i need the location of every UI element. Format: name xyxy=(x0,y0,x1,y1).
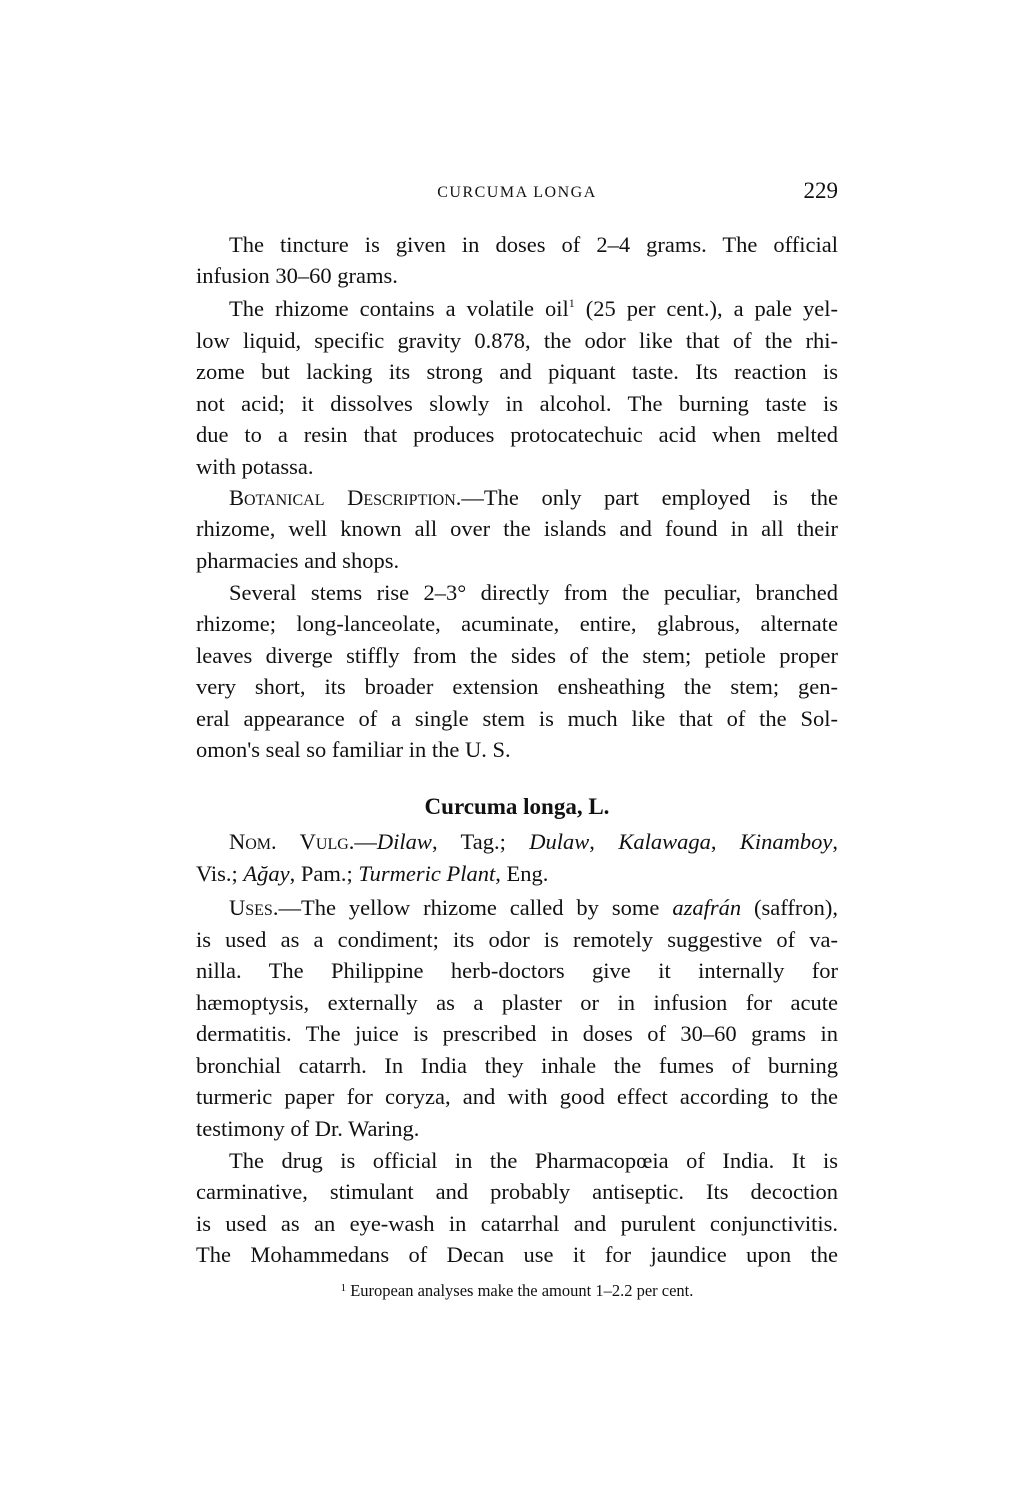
section-heading: Curcuma longa, L. xyxy=(196,792,838,822)
paragraph-line: Uses.—The yellow rhizome called by some … xyxy=(196,892,838,923)
paragraph-line: pharmacies and shops. xyxy=(196,545,838,576)
run-in-heading: Uses. xyxy=(229,895,278,920)
paragraph-line: Nom. Vulg.—Dilaw, Tag.; Dulaw, Kalawaga,… xyxy=(196,826,838,857)
paragraph-line: not acid; it dissolves slowly in alcohol… xyxy=(196,388,838,419)
paragraph-line: Several stems rise 2–3° directly from th… xyxy=(196,577,838,608)
paragraph-line: carminative, stimulant and probably anti… xyxy=(196,1176,838,1207)
paragraph-line: The tincture is given in doses of 2–4 gr… xyxy=(196,229,838,260)
paragraph-line: testimony of Dr. Waring. xyxy=(196,1113,838,1144)
running-title: CURCUMA LONGA xyxy=(196,184,838,202)
paragraph-line: low liquid, specific gravity 0.878, the … xyxy=(196,325,838,356)
paragraph-line: Vis.; Ağay, Pam.; Turmeric Plant, Eng. xyxy=(196,858,838,889)
paragraph-line: rhizome, well known all over the islands… xyxy=(196,513,838,544)
run-in-heading: Nom. Vulg. xyxy=(229,829,354,854)
paragraph-line: due to a resin that produces protocatech… xyxy=(196,419,838,450)
paragraph-line: omon's seal so familiar in the U. S. xyxy=(196,734,838,765)
paragraph-line: The drug is official in the Pharmacopœia… xyxy=(196,1145,838,1176)
paragraph-line: hæmoptysis, externally as a plaster or i… xyxy=(196,987,838,1018)
page-number: 229 xyxy=(804,178,839,204)
paragraph-line: infusion 30–60 grams. xyxy=(196,260,838,291)
paragraph-line: zome but lacking its strong and piquant … xyxy=(196,356,838,387)
paragraph-line: bronchial catarrh. In India they inhale … xyxy=(196,1050,838,1081)
paragraph-line: with potassa. xyxy=(196,451,838,482)
paragraph-line: dermatitis. The juice is prescribed in d… xyxy=(196,1018,838,1049)
paragraph-line: leaves diverge stiffly from the sides of… xyxy=(196,640,838,671)
run-in-heading: Botanical Description. xyxy=(229,485,461,510)
footnote: 1 European analyses make the amount 1–2.… xyxy=(196,1278,838,1301)
paragraph-line: is used as an eye-wash in catarrhal and … xyxy=(196,1208,838,1239)
paragraph-line: nilla. The Philippine herb-doctors give … xyxy=(196,955,838,986)
running-head: CURCUMA LONGA 229 xyxy=(196,180,838,210)
paragraph-line: rhizome; long-lanceolate, acuminate, ent… xyxy=(196,608,838,639)
paragraph-line: Botanical Description.—The only part emp… xyxy=(196,482,838,513)
paragraph-line: very short, its broader extension enshea… xyxy=(196,671,838,702)
paragraph-line: eral appearance of a single stem is much… xyxy=(196,703,838,734)
paragraph-line: The rhizome contains a volatile oil1 (25… xyxy=(196,293,838,324)
paragraph-line: The Mohammedans of Decan use it for jaun… xyxy=(196,1239,838,1270)
book-page: CURCUMA LONGA 229 The tincture is given … xyxy=(0,0,1010,1506)
paragraph-line: turmeric paper for coryza, and with good… xyxy=(196,1081,838,1112)
paragraph-line: is used as a condiment; its odor is remo… xyxy=(196,924,838,955)
